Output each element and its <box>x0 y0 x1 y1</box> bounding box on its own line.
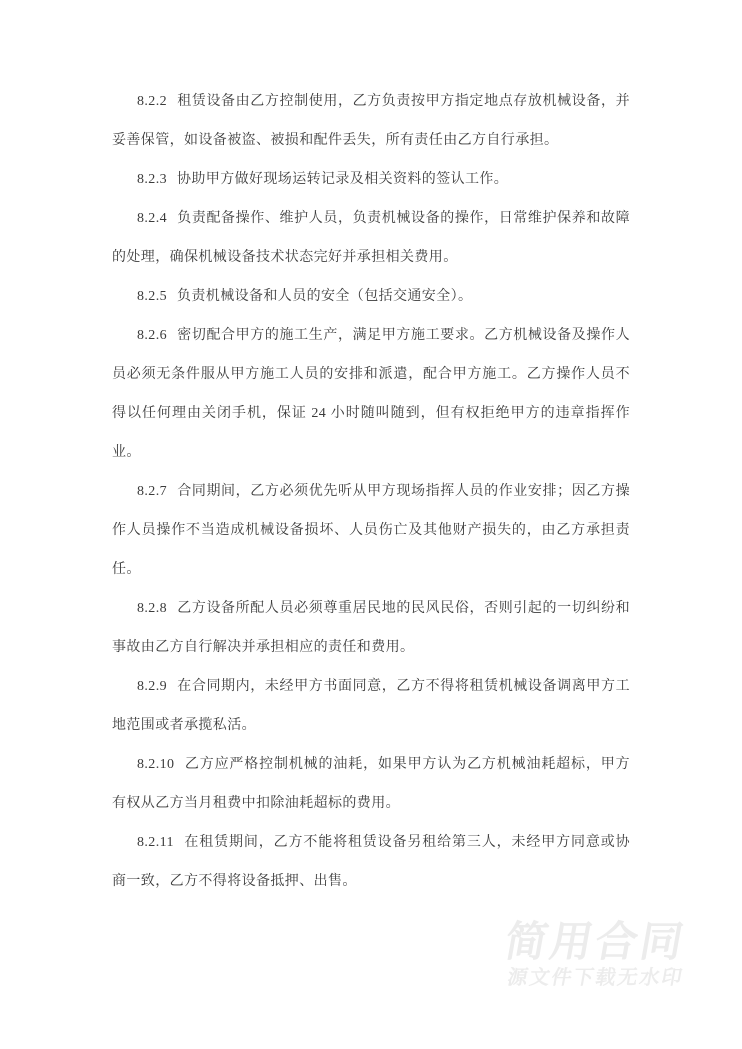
contract-clause: 8.2.10乙方应严格控制机械的油耗，如果甲方认为乙方机械油耗超标，甲方有权从乙… <box>112 745 630 823</box>
clause-text: 负责机械设备和人员的安全（包括交通安全）。 <box>177 289 472 304</box>
contract-clause: 8.2.7合同期间，乙方必须优先听从甲方现场指挥人员的作业安排；因乙方操作人员操… <box>112 472 630 589</box>
contract-body: 8.2.2租赁设备由乙方控制使用，乙方负责按甲方指定地点存放机械设备，并妥善保管… <box>112 82 630 901</box>
contract-clause: 8.2.8乙方设备所配人员必须尊重居民地的民风民俗，否则引起的一切纠纷和事故由乙… <box>112 589 630 667</box>
clause-number: 8.2.8 <box>137 601 167 616</box>
watermark-logo-text: 简用合同 <box>501 909 692 969</box>
clause-number: 8.2.4 <box>137 211 167 226</box>
clause-text: 乙方设备所配人员必须尊重居民地的民风民俗，否则引起的一切纠纷和事故由乙方自行解决… <box>112 601 630 655</box>
clause-number: 8.2.3 <box>137 172 167 187</box>
clause-text: 负责配备操作、维护人员，负责机械设备的操作，日常维护保养和故障的处理，确保机械设… <box>112 211 630 265</box>
contract-clause: 8.2.9在合同期内，未经甲方书面同意，乙方不得将租赁机械设备调离甲方工地范围或… <box>112 667 630 745</box>
watermark-tagline-text: 源文件下载无水印 <box>505 961 686 990</box>
clause-text: 协助甲方做好现场运转记录及相关资料的签认工作。 <box>177 172 508 187</box>
clause-number: 8.2.10 <box>137 757 174 772</box>
clause-text: 密切配合甲方的施工生产，满足甲方施工要求。乙方机械设备及操作人员必须无条件服从甲… <box>112 328 630 460</box>
clause-text: 在合同期内，未经甲方书面同意，乙方不得将租赁机械设备调离甲方工地范围或者承揽私活… <box>112 679 630 733</box>
clause-number: 8.2.7 <box>137 484 167 499</box>
clause-text: 合同期间，乙方必须优先听从甲方现场指挥人员的作业安排；因乙方操作人员操作不当造成… <box>112 484 630 577</box>
document-page: 8.2.2租赁设备由乙方控制使用，乙方负责按甲方指定地点存放机械设备，并妥善保管… <box>0 0 742 1049</box>
contract-clause: 8.2.11在租赁期间，乙方不能将租赁设备另租给第三人，未经甲方同意或协商一致，… <box>112 823 630 901</box>
clause-number: 8.2.11 <box>137 835 174 850</box>
clause-text: 乙方应严格控制机械的油耗，如果甲方认为乙方机械油耗超标，甲方有权从乙方当月租费中… <box>112 757 630 811</box>
clause-number: 8.2.5 <box>137 289 167 304</box>
clause-number: 8.2.6 <box>137 328 167 343</box>
clause-text: 租赁设备由乙方控制使用，乙方负责按甲方指定地点存放机械设备，并妥善保管，如设备被… <box>112 94 630 148</box>
contract-clause: 8.2.6密切配合甲方的施工生产，满足甲方施工要求。乙方机械设备及操作人员必须无… <box>112 316 630 472</box>
contract-clause: 8.2.3协助甲方做好现场运转记录及相关资料的签认工作。 <box>112 160 630 199</box>
contract-clause: 8.2.4负责配备操作、维护人员，负责机械设备的操作，日常维护保养和故障的处理，… <box>112 199 630 277</box>
clause-text: 在租赁期间，乙方不能将租赁设备另租给第三人，未经甲方同意或协商一致，乙方不得将设… <box>112 835 630 889</box>
contract-clause: 8.2.2租赁设备由乙方控制使用，乙方负责按甲方指定地点存放机械设备，并妥善保管… <box>112 82 630 160</box>
clause-number: 8.2.9 <box>137 679 167 694</box>
clause-number: 8.2.2 <box>137 94 167 109</box>
contract-clause: 8.2.5负责机械设备和人员的安全（包括交通安全）。 <box>112 277 630 316</box>
